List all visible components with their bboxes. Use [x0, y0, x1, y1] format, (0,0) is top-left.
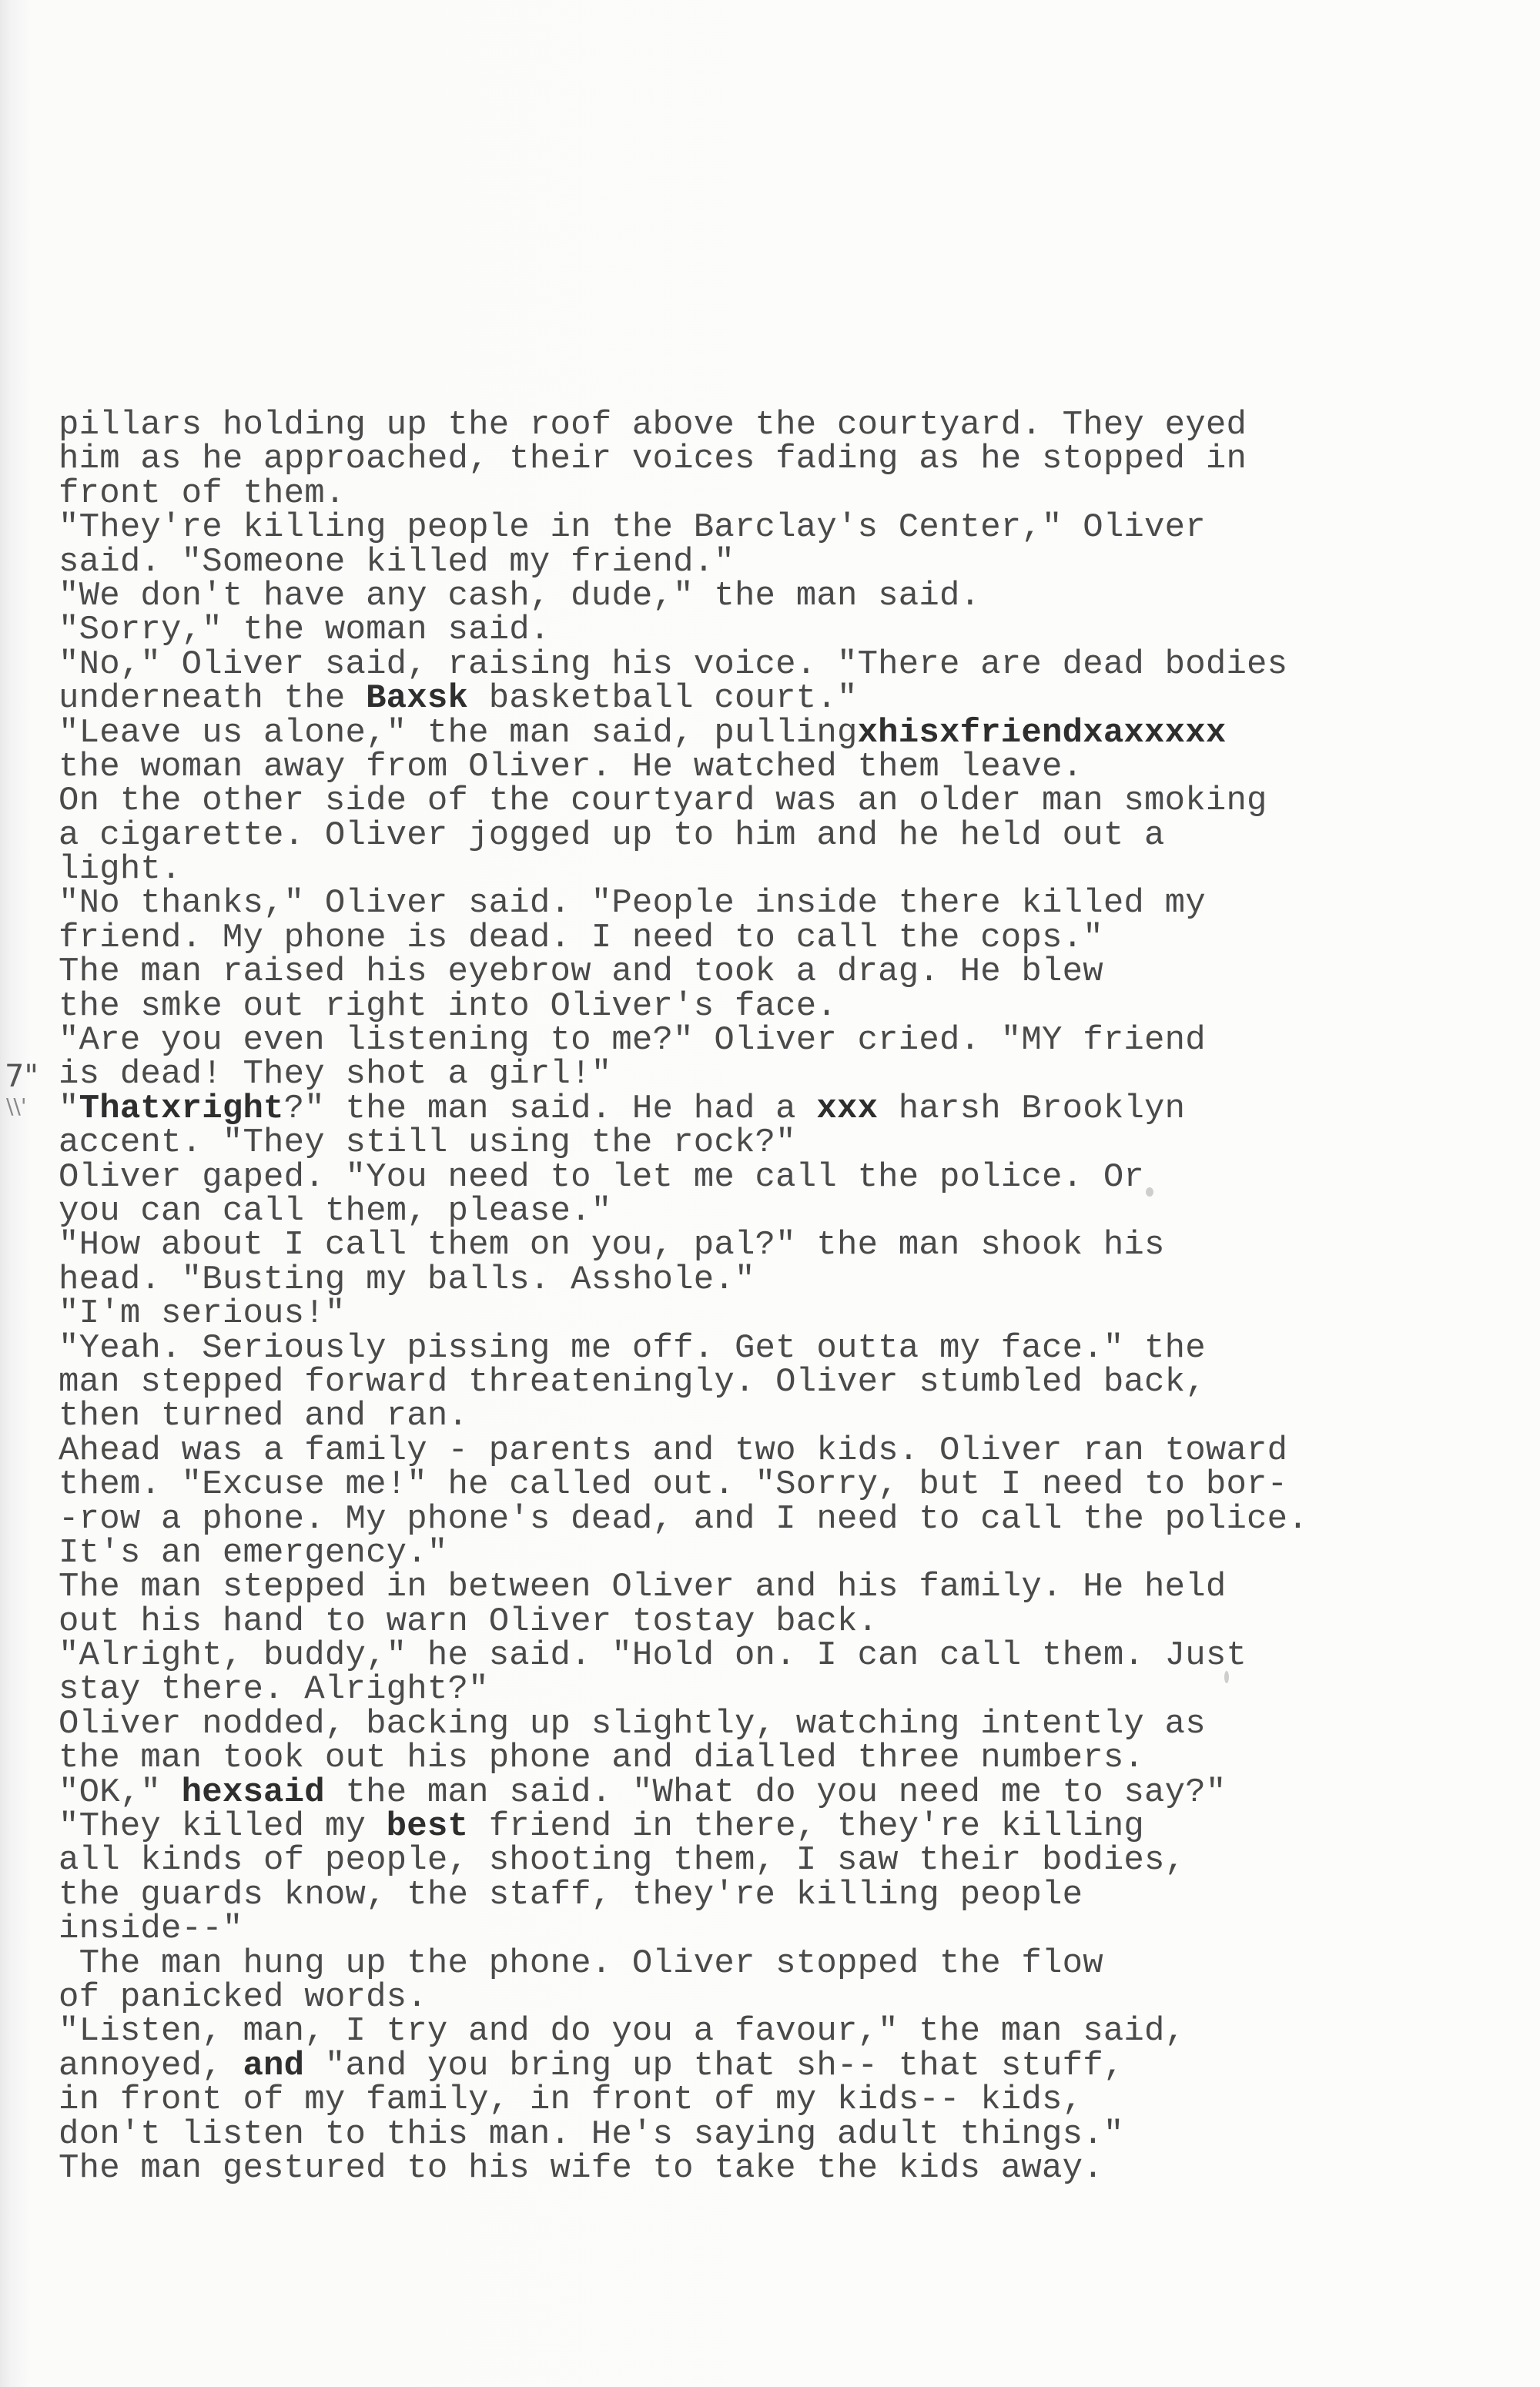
ink-smudge: [1224, 1671, 1229, 1683]
ink-smudge: [1146, 1187, 1153, 1197]
struck-out-text: Thatxright: [79, 1090, 284, 1128]
text-line: "Listen, man, I try and do you a favour,…: [59, 2014, 1445, 2048]
text-line: The man stepped in between Oliver and hi…: [59, 1570, 1445, 1604]
text-line: Ahead was a family - parents and two kid…: [59, 1434, 1445, 1468]
text-line: of panicked words.: [59, 1980, 1445, 2014]
text-line: "No thanks," Oliver said. "People inside…: [59, 886, 1445, 920]
text-line: "We don't have any cash, dude," the man …: [59, 579, 1445, 613]
text-line: The man raised his eyebrow and took a dr…: [59, 955, 1445, 989]
text-line: On the other side of the courtyard was a…: [59, 784, 1445, 818]
text-line: the woman away from Oliver. He watched t…: [59, 750, 1445, 784]
text-line: "Thatxright?" the man said. He had a xxx…: [59, 1092, 1445, 1126]
text-line: the guards know, the staff, they're kill…: [59, 1878, 1445, 1912]
text-line: "OK," hexsaid the man said. "What do you…: [59, 1776, 1445, 1809]
struck-out-text: hexsaid: [182, 1773, 325, 1812]
text-line: Oliver nodded, backing up slightly, watc…: [59, 1707, 1445, 1741]
text-line: The man gestured to his wife to take the…: [59, 2151, 1445, 2185]
text-line: the man took out his phone and dialled t…: [59, 1741, 1445, 1775]
text-line: "Sorry," the woman said.: [59, 613, 1445, 647]
manuscript-text: pillars holding up the roof above the co…: [59, 408, 1445, 2185]
text-line: all kinds of people, shooting them, I sa…: [59, 1843, 1445, 1877]
text-line: "They're killing people in the Barclay's…: [59, 511, 1445, 544]
struck-out-text: Baxsk: [366, 679, 468, 718]
text-line: friend. My phone is dead. I need to call…: [59, 921, 1445, 955]
text-line: inside--": [59, 1912, 1445, 1946]
struck-out-text: best: [387, 1807, 468, 1846]
text-line: "Yeah. Seriously pissing me off. Get out…: [59, 1331, 1445, 1365]
text-line: man stepped forward threateningly. Olive…: [59, 1365, 1445, 1399]
typewritten-page: 7" \\' pillars holding up the roof above…: [0, 0, 1540, 2387]
text-line: light.: [59, 852, 1445, 886]
margin-annotation: 7": [5, 1061, 38, 1092]
text-line: don't listen to this man. He's saying ad…: [59, 2117, 1445, 2151]
text-line: you can call them, please.": [59, 1194, 1445, 1228]
text-line: "Are you even listening to me?" Oliver c…: [59, 1023, 1445, 1057]
text-line: "I'm serious!": [59, 1297, 1445, 1331]
text-line: him as he approached, their voices fadin…: [59, 442, 1445, 476]
text-line: It's an emergency.": [59, 1536, 1445, 1570]
text-line: "Alright, buddy," he said. "Hold on. I c…: [59, 1639, 1445, 1672]
text-line: head. "Busting my balls. Asshole.": [59, 1263, 1445, 1297]
text-line: in front of my family, in front of my ki…: [59, 2083, 1445, 2117]
text-line: stay there. Alright?": [59, 1672, 1445, 1706]
text-line: underneath the Baxsk basketball court.": [59, 681, 1445, 715]
text-line: a cigarette. Oliver jogged up to him and…: [59, 819, 1445, 852]
text-line: pillars holding up the roof above the co…: [59, 408, 1445, 442]
text-line: then turned and ran.: [59, 1399, 1445, 1433]
text-line: them. "Excuse me!" he called out. "Sorry…: [59, 1468, 1445, 1501]
struck-out-text: xxx: [816, 1090, 878, 1128]
text-line: The man hung up the phone. Oliver stoppe…: [59, 1947, 1445, 1980]
text-line: is dead! They shot a girl!": [59, 1057, 1445, 1091]
text-line: "Leave us alone," the man said, pullingx…: [59, 716, 1445, 750]
struck-out-text: and: [243, 2047, 304, 2085]
text-line: "No," Oliver said, raising his voice. "T…: [59, 648, 1445, 681]
text-line: front of them.: [59, 477, 1445, 511]
struck-out-text: xhisxfriendxaxxxxx: [858, 714, 1227, 752]
text-line: Oliver gaped. "You need to let me call t…: [59, 1160, 1445, 1194]
text-line: out his hand to warn Oliver tostay back.: [59, 1605, 1445, 1639]
margin-annotation-secondary: \\': [6, 1093, 27, 1119]
text-line: "How about I call them on you, pal?" the…: [59, 1228, 1445, 1262]
text-line: -row a phone. My phone's dead, and I nee…: [59, 1502, 1445, 1536]
text-line: accent. "They still using the rock?": [59, 1126, 1445, 1160]
text-line: annoyed, and "and you bring up that sh--…: [59, 2049, 1445, 2083]
text-line: "They killed my best friend in there, th…: [59, 1809, 1445, 1843]
text-line: said. "Someone killed my friend.": [59, 545, 1445, 579]
text-line: the smke out right into Oliver's face.: [59, 989, 1445, 1023]
